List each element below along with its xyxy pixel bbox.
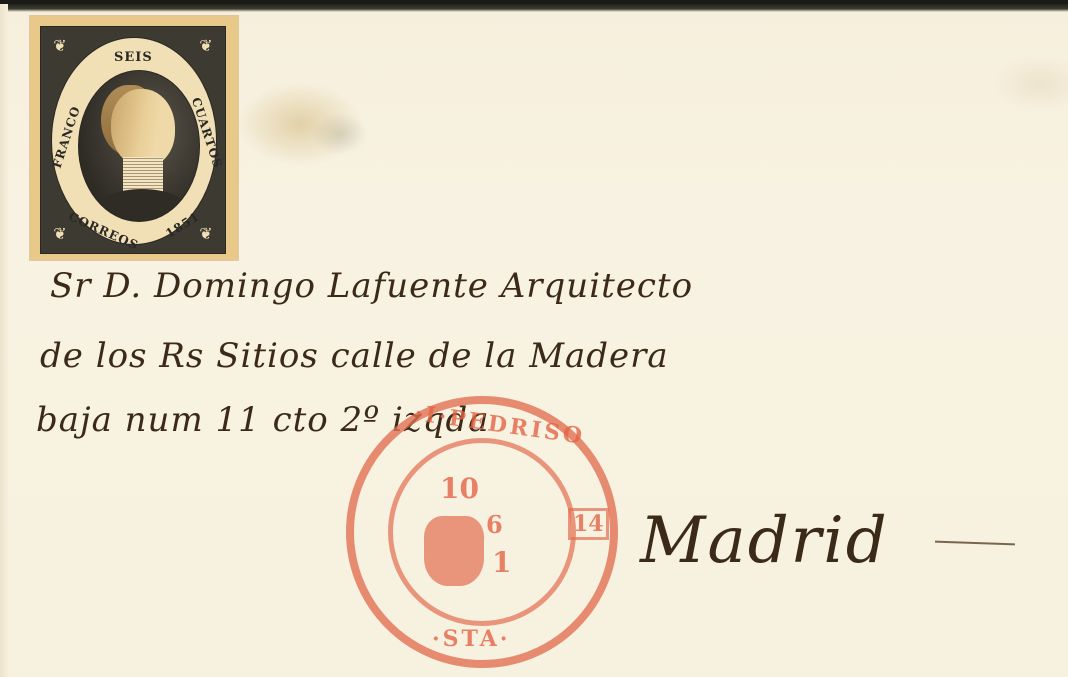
postage-stamp: ❦ ❦ ❦ ❦ SEIS FRANCO CUARTOS CORREOS 1851 bbox=[30, 16, 238, 260]
postmark-side-number: 14 bbox=[568, 508, 609, 540]
postmark-stamp: ·I·PEDRISO ·STA· 10 6 1 14 bbox=[346, 396, 618, 668]
postal-cover: ❦ ❦ ❦ ❦ SEIS FRANCO CUARTOS CORREOS 1851 bbox=[0, 4, 1068, 677]
stamp-portrait bbox=[78, 70, 200, 222]
postmark-day: 10 bbox=[440, 472, 479, 505]
corner-ornament-icon: ❦ bbox=[195, 35, 217, 57]
address-line-1: Sr D. Domingo Lafuente Arquitecto bbox=[50, 266, 693, 306]
top-edge-shadow bbox=[0, 4, 1068, 12]
signature-flourish bbox=[935, 541, 1015, 546]
stamp-oval-band: SEIS FRANCO CUARTOS CORREOS 1851 bbox=[51, 37, 217, 245]
left-edge bbox=[0, 4, 8, 677]
destination-city: Madrid bbox=[640, 504, 889, 578]
portrait-bust bbox=[97, 189, 187, 222]
stamp-inner: ❦ ❦ ❦ ❦ SEIS FRANCO CUARTOS CORREOS 1851 bbox=[47, 33, 219, 247]
corner-ornament-icon: ❦ bbox=[49, 35, 71, 57]
corner-ornament-icon: ❦ bbox=[195, 223, 217, 245]
address-line-2: de los Rs Sitios calle de la Madera bbox=[40, 336, 669, 376]
stamp-frame: ❦ ❦ ❦ ❦ SEIS FRANCO CUARTOS CORREOS 1851 bbox=[40, 26, 226, 254]
postmark-year: 1 bbox=[492, 546, 511, 579]
postmark-month: 6 bbox=[486, 510, 503, 539]
crown-emblem-icon bbox=[424, 516, 484, 586]
stamp-text-top: SEIS bbox=[114, 50, 153, 65]
postmark-bottom-text: ·STA· bbox=[432, 626, 510, 652]
corner-ornament-icon: ❦ bbox=[49, 223, 71, 245]
portrait-face bbox=[111, 89, 175, 167]
